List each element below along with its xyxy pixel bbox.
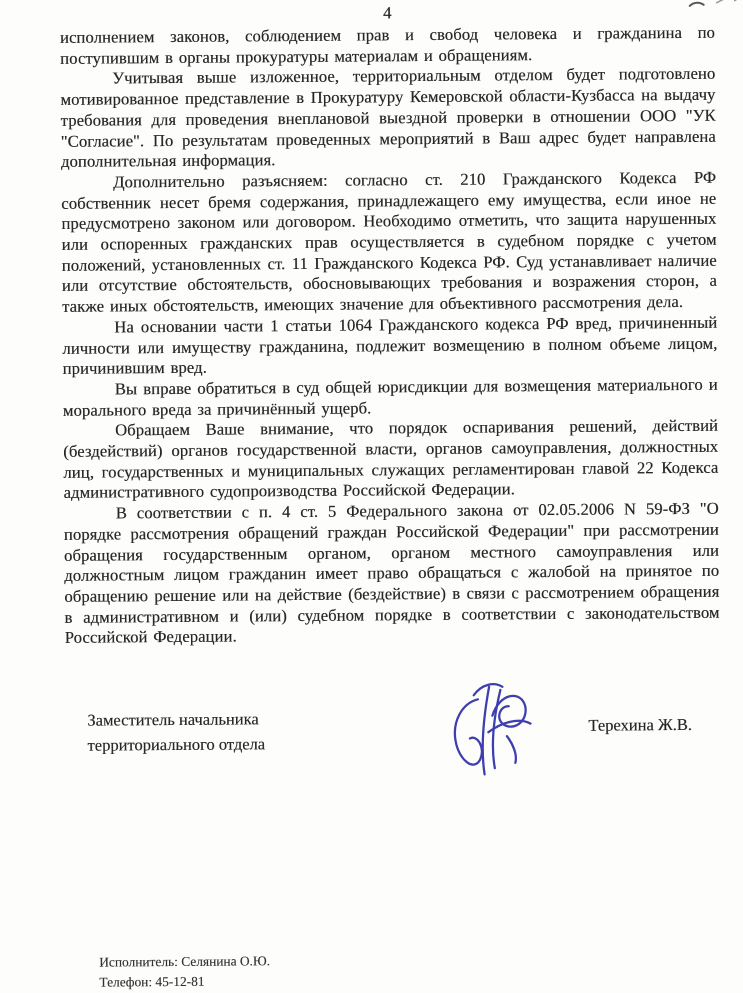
scanned-sheet: 4 исполнением законов, соблюдением прав …	[0, 0, 743, 993]
paragraph: Дополнительно разъясняем: согласно ст. 2…	[61, 168, 717, 318]
paragraph: В соответствии с п. 4 ст. 5 Федерального…	[64, 499, 720, 649]
handwritten-signature-ink	[441, 672, 538, 781]
executor-line: Исполнитель: Селянина О.Ю.	[99, 951, 270, 972]
paragraph: Обращаем Ваше внимание, что порядок оспа…	[63, 416, 719, 504]
document-footer: Исполнитель: Селянина О.Ю. Телефон: 45-1…	[99, 951, 270, 991]
document-page: 4 исполнением законов, соблюдением прав …	[0, 0, 743, 993]
signer-name: Терехина Ж.В.	[588, 715, 692, 736]
phone-line: Телефон: 45-12-81	[99, 971, 270, 992]
signer-position-title: Заместитель начальника территориального …	[87, 707, 265, 757]
signer-position-line1: Заместитель начальника	[87, 707, 265, 733]
paragraph: На основании части 1 статьи 1064 Граждан…	[62, 313, 717, 380]
page-number: 4	[60, 1, 715, 26]
paragraph: исполнением законов, соблюдением прав и …	[60, 23, 715, 70]
signer-position-line2: территориального отдела	[87, 732, 265, 758]
paragraph: Учитывая выше изложенное, территориальны…	[60, 64, 716, 173]
paragraph: Вы вправе обратиться в суд общей юрисдик…	[63, 375, 718, 422]
letter-body: исполнением законов, соблюдением прав и …	[60, 23, 720, 649]
